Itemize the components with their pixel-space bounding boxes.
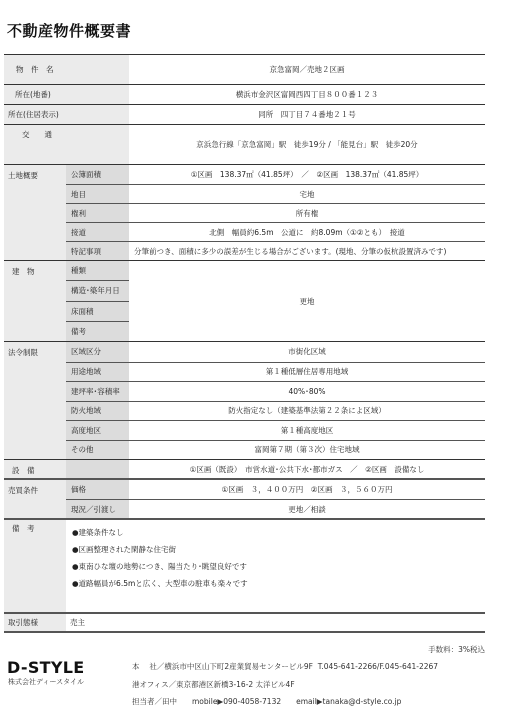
value-sale-price: ①区画 ３，４００万円 ②区画 ３，５６０万円 [129,480,485,499]
label-land-road: 接道 [66,223,129,241]
value-location-lot: 横浜市金沢区富岡西四丁目８００番１２３ [129,85,485,104]
contact-person-info: 担当者／田中 mobile▶090-4058-7132 email▶tanaka… [132,696,401,707]
value-legal-zoning: 市街化区域 [129,342,485,362]
facilities-spacer [66,460,129,478]
legal-row-coverage: 建坪率･容積率 40%･80% [66,381,485,401]
label-legal-fire: 防火地域 [66,402,129,421]
remarks-list: ●建築条件なし ●区画整理された閑静な住宅街 ●東南ひな壇の地勢につき、陽当たり… [66,520,485,612]
value-legal-use-district: 第１種低層住居専用地域 [129,363,485,382]
land-row-area: 公簿面積 ①区画 138.37㎡（41.85坪） ／ ②区画 138.37㎡（4… [66,165,485,184]
label-land-area: 公簿面積 [66,165,129,184]
table-bottom-border [4,631,485,633]
value-land-category: 宅地 [129,185,485,203]
legal-row-other: その他 富岡第７期（第３次）住宅地域 [66,440,485,460]
label-legal-height: 高度地区 [66,421,129,440]
label-sale-handover: 現況／引渡し [66,500,129,518]
label-remarks: 備 考 [4,520,66,612]
label-legal-coverage: 建坪率･容積率 [66,382,129,401]
label-building-notes: 備考 [66,321,129,341]
company-name: 株式会社ディースタイル [8,677,84,687]
row-location-lot: 所在(地番) 横浜市金沢区富岡西四丁目８００番１２３ [4,84,485,104]
label-legal-other: その他 [66,441,129,460]
label-location-lot: 所在(地番) [4,85,129,104]
group-legal: 法令制限 区域区分 市街化区域 用途地域 第１種低層住居専用地域 建坪率･容積率… [4,341,485,459]
label-property-name: 物 件 名 [4,55,129,84]
value-land-area: ①区画 138.37㎡（41.85坪） ／ ②区画 138.37㎡（41.85坪… [129,165,485,184]
remark-item: ●建築条件なし [72,524,485,541]
group-sale-terms: 売買条件 価格 ①区画 ３，４００万円 ②区画 ３，５６０万円 現況／引渡し 更… [4,478,485,518]
label-land: 土地概要 [4,165,66,260]
head-office-info: 本 社／横浜市中区山下町2産業貿易センタービル9F T.045-641-2266… [132,661,438,672]
value-transport: 京浜急行線「京急富岡」駅 徒歩19分 / 「能見台」駅 徒歩20分 [129,125,485,164]
value-legal-other: 富岡第７期（第３次）住宅地域 [129,441,485,460]
label-facilities: 設 備 [4,460,66,478]
value-legal-fire: 防火指定なし（建築基準法第２２条によ区域） [129,402,485,421]
label-building: 建 物 [4,261,66,341]
group-transaction: 取引態様 売主 [4,612,485,631]
commission-fee: 手数料：3%税込 [428,644,485,655]
group-facilities: 設 備 ①区画（既設） 市営水道･公共下水･都市ガス ／ ②区画 設備なし [4,459,485,478]
row-transport: 交 通 京浜急行線「京急富岡」駅 徒歩19分 / 「能見台」駅 徒歩20分 [4,124,485,164]
label-sale-price: 価格 [66,480,129,499]
document-title: 不動産物件概要書 [7,20,131,41]
label-transport: 交 通 [4,125,129,164]
label-legal-zoning: 区域区分 [66,342,129,362]
company-logo: D-STYLE [7,658,84,677]
label-transaction: 取引態様 [4,614,66,631]
label-sale-terms: 売買条件 [4,480,66,518]
group-land: 土地概要 公簿面積 ①区画 138.37㎡（41.85坪） ／ ②区画 138.… [4,164,485,260]
land-row-notes: 特記事項 分筆前つき、面積に多少の誤差が生じる場合がございます。(現地、分筆の仮… [66,241,485,260]
value-legal-height: 第１種高度地区 [129,421,485,440]
label-building-type: 種類 [66,261,129,280]
land-row-category: 地目 宅地 [66,184,485,203]
remark-item: ●東南ひな壇の地勢につき、陽当たり･眺望良好です [72,558,485,575]
legal-row-zoning: 区域区分 市街化区域 [66,342,485,362]
label-land-rights: 権利 [66,204,129,222]
value-building: 更地 [129,261,485,341]
minato-office-info: 港オフィス／東京都港区新橋3-16-2 太洋ビル4F [132,679,295,690]
label-building-structure: 構造･築年月日 [66,280,129,300]
value-land-road: 北側 幅員約6.5m 公道に 約8.09m（①②とも） 接道 [129,223,485,241]
label-land-category: 地目 [66,185,129,203]
label-legal: 法令制限 [4,342,66,459]
value-sale-handover: 更地／相談 [129,500,485,518]
label-building-floor-area: 床面積 [66,301,129,321]
legal-row-height: 高度地区 第１種高度地区 [66,420,485,440]
land-row-rights: 権利 所有権 [66,203,485,222]
label-land-notes: 特記事項 [66,242,129,260]
value-land-rights: 所有権 [129,204,485,222]
value-transaction: 売主 [66,614,485,631]
land-row-road: 接道 北側 幅員約6.5m 公道に 約8.09m（①②とも） 接道 [66,222,485,241]
label-location-address: 所在(住居表示) [4,105,129,124]
value-location-address: 同所 四丁目７４番地２１号 [129,105,485,124]
legal-row-use-district: 用途地域 第１種低層住居専用地域 [66,362,485,382]
value-legal-coverage: 40%･80% [129,382,485,401]
sale-row-handover: 現況／引渡し 更地／相談 [66,499,485,518]
group-building: 建 物 種類 構造･築年月日 床面積 備考 更地 [4,260,485,341]
legal-row-fire: 防火地域 防火指定なし（建築基準法第２２条によ区域） [66,401,485,421]
property-summary-table: 物 件 名 京急富岡／売地２区画 所在(地番) 横浜市金沢区富岡西四丁目８００番… [4,54,485,633]
row-property-name: 物 件 名 京急富岡／売地２区画 [4,54,485,84]
group-remarks: 備 考 ●建築条件なし ●区画整理された閑静な住宅街 ●東南ひな壇の地勢につき、… [4,518,485,612]
value-property-name: 京急富岡／売地２区画 [129,55,485,84]
label-legal-use-district: 用途地域 [66,363,129,382]
remark-item: ●道路幅員が6.5mと広く、大型車の駐車も楽々です [72,575,485,592]
value-land-notes: 分筆前つき、面積に多少の誤差が生じる場合がございます。(現地、分筆の仮杭設置済み… [129,242,485,260]
value-facilities: ①区画（既設） 市営水道･公共下水･都市ガス ／ ②区画 設備なし [129,460,485,478]
row-location-address: 所在(住居表示) 同所 四丁目７４番地２１号 [4,104,485,124]
remark-item: ●区画整理された閑静な住宅街 [72,541,485,558]
sale-row-price: 価格 ①区画 ３，４００万円 ②区画 ３，５６０万円 [66,480,485,499]
